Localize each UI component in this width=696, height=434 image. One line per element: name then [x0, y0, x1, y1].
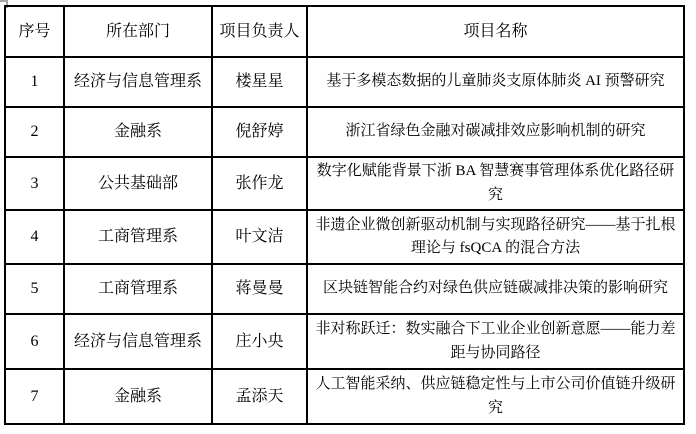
cell-no: 5	[5, 264, 64, 314]
col-header-leader: 项目负责人	[212, 6, 307, 57]
table-row: 5 工商管理系 蒋曼曼 区块链智能合约对绿色供应链碳减排决策的影响研究	[5, 264, 684, 314]
cell-department: 金融系	[64, 369, 212, 424]
cell-project: 人工智能采纳、供应链稳定性与上市公司价值链升级研究	[307, 369, 684, 424]
cell-leader: 蒋曼曼	[212, 264, 307, 314]
table-row: 6 经济与信息管理系 庄小央 非对称跃迁：数实融合下工业企业创新意愿——能力差距…	[5, 314, 684, 369]
cell-no: 2	[5, 107, 64, 157]
cell-leader: 楼星星	[212, 57, 307, 107]
cell-project: 非对称跃迁：数实融合下工业企业创新意愿——能力差距与协同路径	[307, 314, 684, 369]
cell-leader: 倪舒婷	[212, 107, 307, 157]
cell-leader: 庄小央	[212, 314, 307, 369]
cell-project: 基于多模态数据的儿童肺炎支原体肺炎 AI 预警研究	[307, 57, 684, 107]
projects-table: 序号 所在部门 项目负责人 项目名称 1 经济与信息管理系 楼星星 基于多模态数…	[4, 5, 685, 425]
cell-department: 公共基础部	[64, 157, 212, 210]
cell-leader: 叶文洁	[212, 210, 307, 264]
col-header-no: 序号	[5, 6, 64, 57]
table-row: 4 工商管理系 叶文洁 非遗企业微创新驱动机制与实现路径研究——基于扎根理论与 …	[5, 210, 684, 264]
cell-department: 工商管理系	[64, 210, 212, 264]
cell-no: 3	[5, 157, 64, 210]
cell-department: 金融系	[64, 107, 212, 157]
cell-project: 浙江省绿色金融对碳减排效应影响机制的研究	[307, 107, 684, 157]
col-header-department: 所在部门	[64, 6, 212, 57]
cell-department: 经济与信息管理系	[64, 57, 212, 107]
cell-project: 非遗企业微创新驱动机制与实现路径研究——基于扎根理论与 fsQCA 的混合方法	[307, 210, 684, 264]
cell-project: 数字化赋能背景下浙 BA 智慧赛事管理体系优化路径研究	[307, 157, 684, 210]
cell-leader: 张作龙	[212, 157, 307, 210]
cell-no: 7	[5, 369, 64, 424]
table-row: 2 金融系 倪舒婷 浙江省绿色金融对碳减排效应影响机制的研究	[5, 107, 684, 157]
table-row: 1 经济与信息管理系 楼星星 基于多模态数据的儿童肺炎支原体肺炎 AI 预警研究	[5, 57, 684, 107]
cell-department: 经济与信息管理系	[64, 314, 212, 369]
page: 序号 所在部门 项目负责人 项目名称 1 经济与信息管理系 楼星星 基于多模态数…	[0, 0, 696, 434]
table-header-row: 序号 所在部门 项目负责人 项目名称	[5, 6, 684, 57]
cell-department: 工商管理系	[64, 264, 212, 314]
cell-leader: 孟添天	[212, 369, 307, 424]
cell-no: 4	[5, 210, 64, 264]
table-row: 3 公共基础部 张作龙 数字化赋能背景下浙 BA 智慧赛事管理体系优化路径研究	[5, 157, 684, 210]
cell-no: 1	[5, 57, 64, 107]
cell-project: 区块链智能合约对绿色供应链碳减排决策的影响研究	[307, 264, 684, 314]
cell-no: 6	[5, 314, 64, 369]
table-row: 7 金融系 孟添天 人工智能采纳、供应链稳定性与上市公司价值链升级研究	[5, 369, 684, 424]
col-header-project: 项目名称	[307, 6, 684, 57]
